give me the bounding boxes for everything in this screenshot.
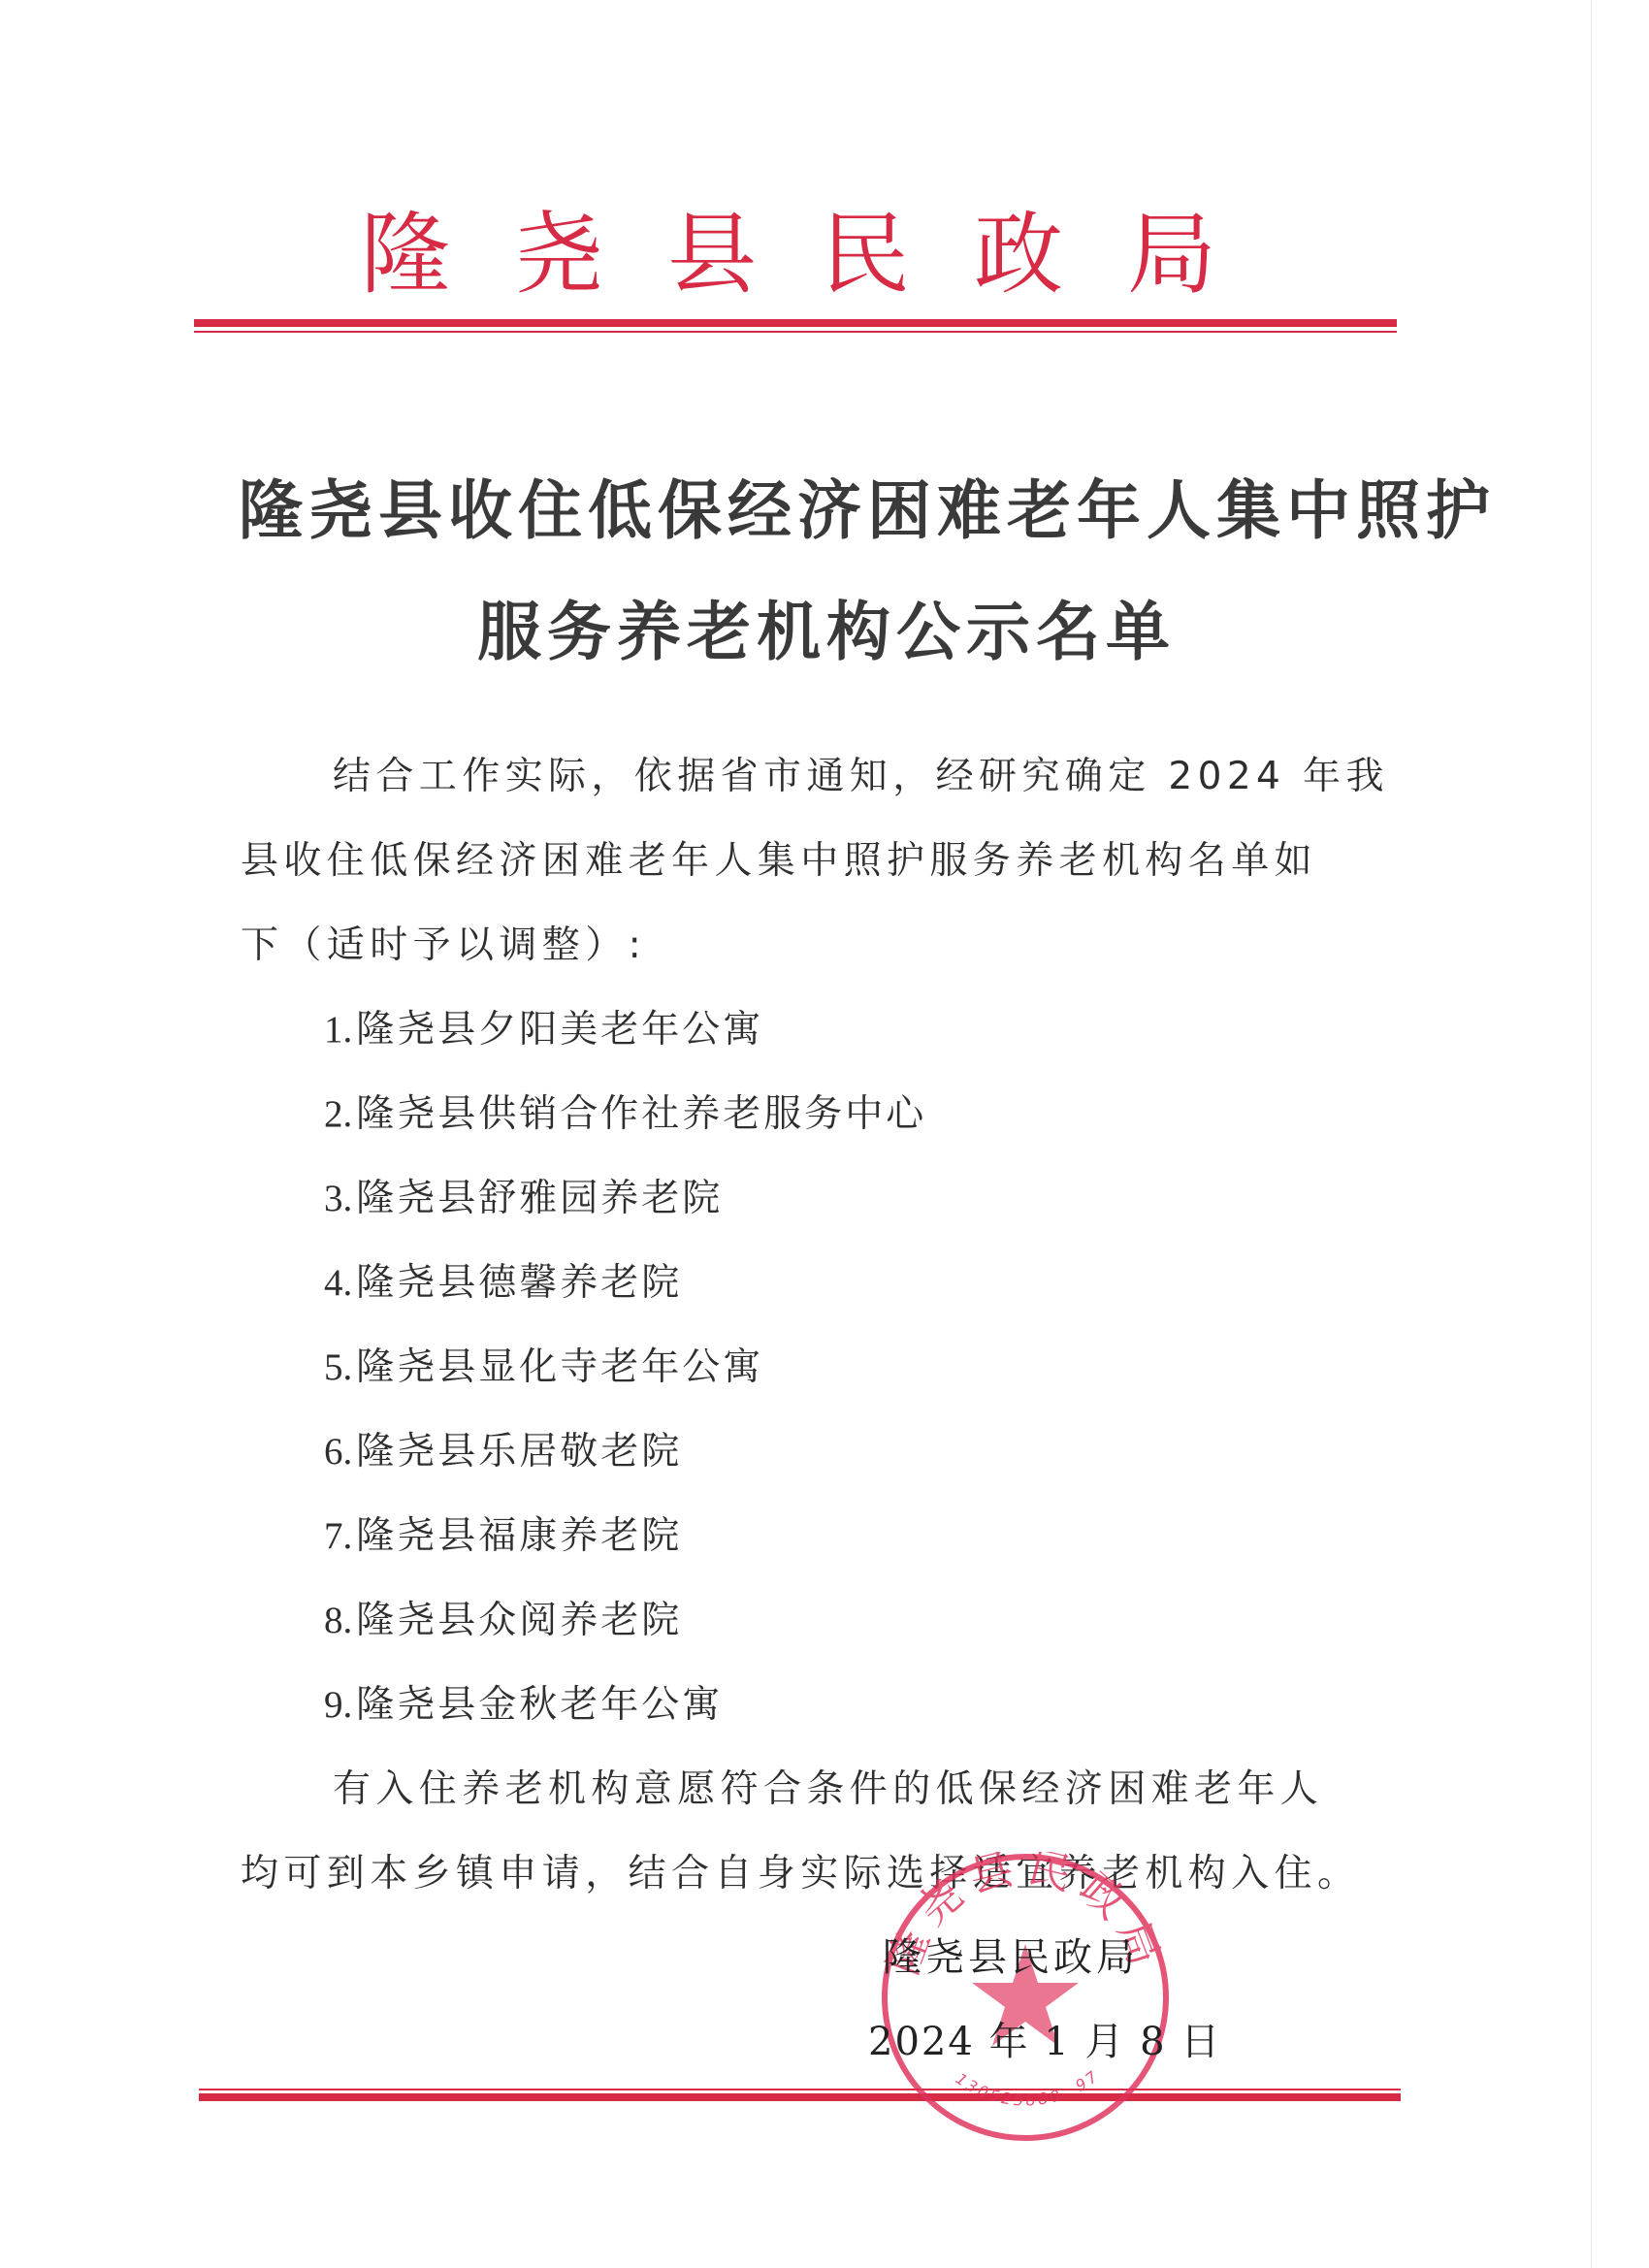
list-number: 7. [324,1515,352,1557]
institution-name: 隆尧县夕阳美老年公寓 [356,1008,763,1052]
list-number: 8. [324,1600,352,1641]
list-number: 1. [324,1009,352,1051]
intro-line-3: 下（适时予以调整）: [241,903,646,988]
document-title-line-2: 服务养老机构公示名单 [477,593,1176,670]
institution-name: 隆尧县金秋老年公寓 [356,1683,723,1727]
list-number: 9. [324,1684,352,1726]
list-number: 3. [324,1178,352,1219]
list-number: 2. [324,1093,352,1135]
institution-name: 隆尧县众阅养老院 [356,1599,682,1642]
institution-list-item: 2.隆尧县供销合作社养老服务中心 [324,1072,926,1156]
institution-list-item: 3.隆尧县舒雅园养老院 [324,1156,723,1241]
institution-list-item: 7.隆尧县福康养老院 [324,1494,682,1578]
institution-name: 隆尧县舒雅园养老院 [356,1177,723,1220]
institution-list-item: 8.隆尧县众阅养老院 [324,1578,682,1663]
scan-edge [1591,0,1592,2268]
institution-name: 隆尧县乐居敬老院 [356,1430,682,1474]
document-title-line-1: 隆尧县收住低保经济困难老年人集中照护 [239,471,1496,549]
closing-line-2: 均可到本乡镇申请，结合自身实际选择适宜养老机构入住。 [241,1831,1360,1916]
institution-name: 隆尧县显化寺老年公寓 [356,1345,763,1389]
footer-rule-thick [199,2093,1401,2101]
list-number: 5. [324,1346,352,1388]
letterhead-agency-name: 隆尧县民政局 [361,202,1280,308]
institution-name: 隆尧县供销合作社养老服务中心 [356,1092,926,1136]
footer-rule-thin [199,2089,1401,2090]
issuer-signature: 隆尧县民政局 [883,1916,1139,2000]
institution-name: 隆尧县德馨养老院 [356,1261,682,1305]
institution-list-item: 6.隆尧县乐居敬老院 [324,1409,682,1494]
intro-line-2: 县收住低保经济困难老年人集中照护服务养老机构名单如 [241,819,1317,903]
institution-list-item: 4.隆尧县德馨养老院 [324,1241,682,1325]
list-number: 4. [324,1262,352,1304]
letterhead-rule-thick [194,319,1397,327]
list-number: 6. [324,1431,352,1473]
institution-list-item: 5.隆尧县显化寺老年公寓 [324,1325,763,1409]
letterhead-rule-thin [194,331,1397,333]
intro-line-1: 结合工作实际，依据省市通知，经研究确定 2024 年我 [333,734,1389,819]
institution-list-item: 9.隆尧县金秋老年公寓 [324,1663,723,1747]
closing-line-1: 有入住养老机构意愿符合条件的低保经济困难老年人 [333,1747,1323,1831]
issue-date: 2024 年 1 月 8 日 [868,2000,1221,2085]
institution-list-item: 1.隆尧县夕阳美老年公寓 [324,988,763,1072]
institution-name: 隆尧县福康养老院 [356,1514,682,1558]
